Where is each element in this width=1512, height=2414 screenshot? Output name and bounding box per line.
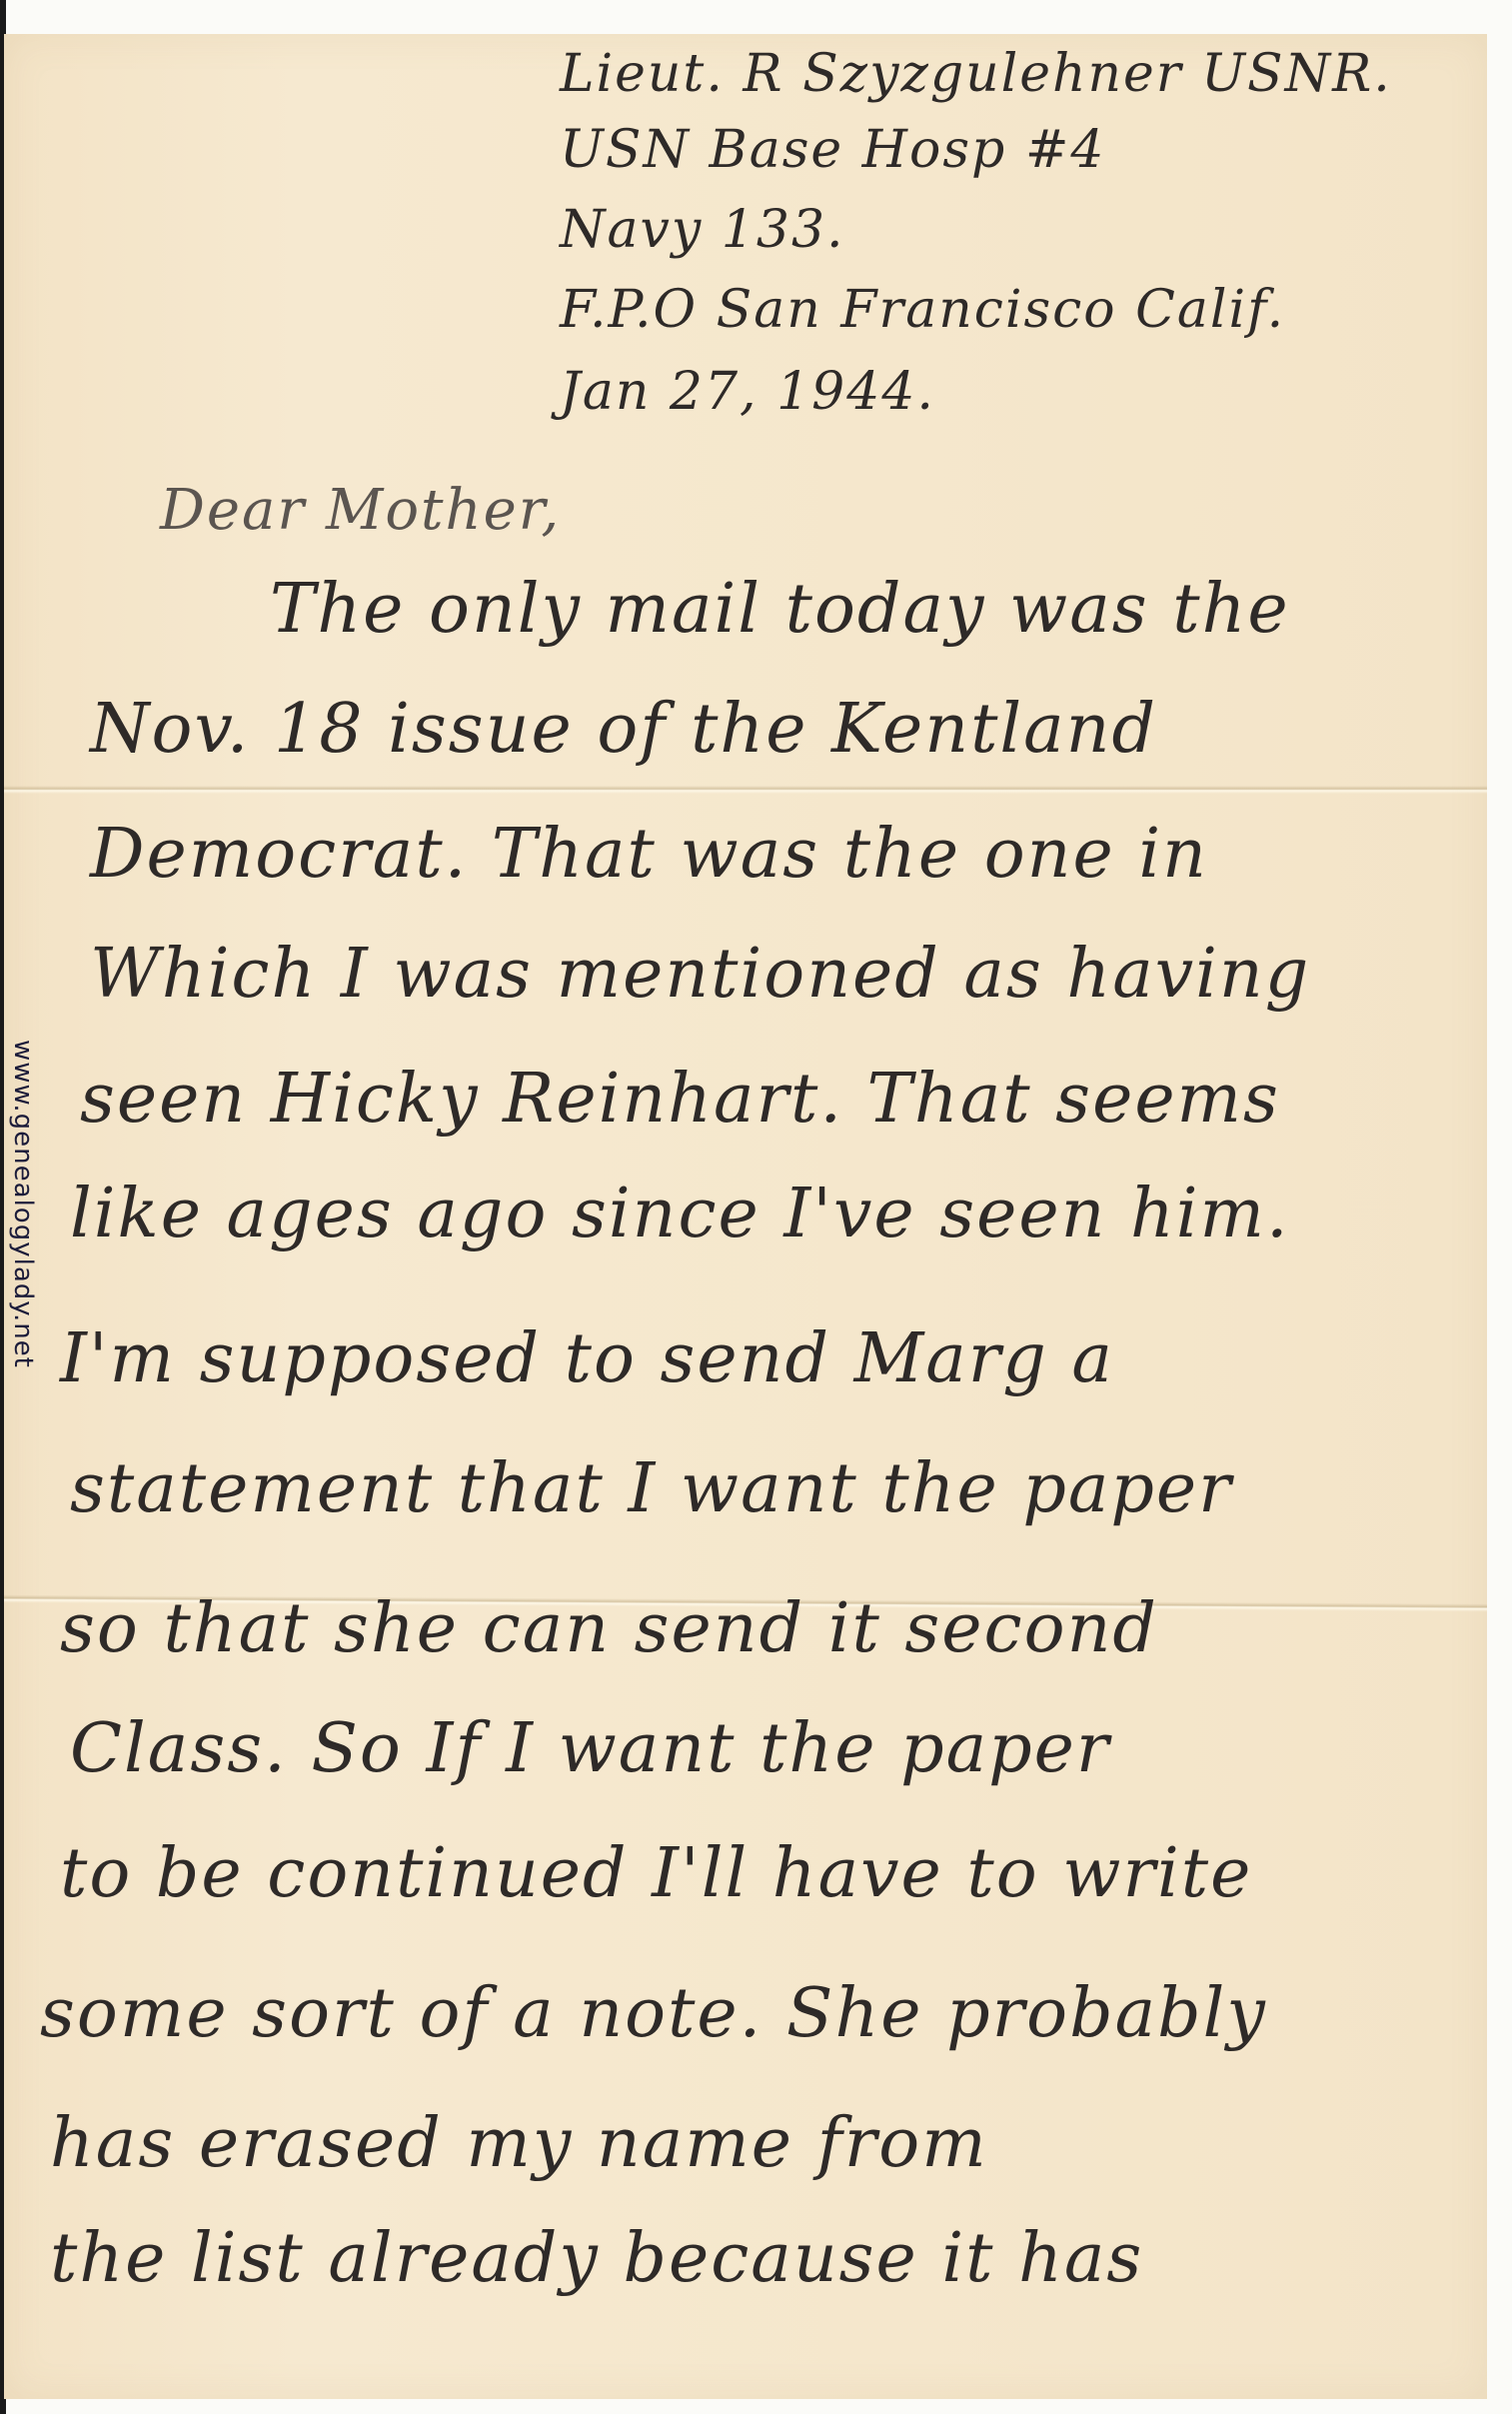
- fpo-line: F.P.O San Francisco Calif.: [560, 280, 1285, 340]
- date-line: Jan 27, 1944.: [560, 362, 935, 422]
- body-line: the list already because it has: [50, 2219, 1143, 2298]
- salutation: Dear Mother,: [160, 478, 561, 543]
- body-line: has erased my name from: [50, 2104, 988, 2183]
- body-line: Nov. 18 issue of the Kentland: [90, 690, 1157, 769]
- body-line: Which I was mentioned as having: [90, 935, 1310, 1014]
- body-line: Class. So If I want the paper: [70, 1709, 1110, 1788]
- scan-edge-bar: [0, 2399, 6, 2414]
- unit-line: USN Base Hosp #4: [560, 120, 1106, 180]
- body-line: I'm supposed to send Marg a: [60, 1319, 1114, 1398]
- body-line: Democrat. That was the one in: [90, 815, 1208, 894]
- body-line: statement that I want the paper: [70, 1449, 1233, 1528]
- watermark: www.genealogylady.net: [8, 1040, 38, 1368]
- body-line: some sort of a note. She probably: [40, 1974, 1267, 2053]
- sender-line: Lieut. R Szyzgulehner USNR.: [560, 44, 1392, 104]
- body-line: seen Hicky Reinhart. That seems: [80, 1060, 1280, 1139]
- fold-crease: [4, 786, 1487, 794]
- body-line: to be continued I'll have to write: [60, 1834, 1252, 1913]
- body-line: The only mail today was the: [270, 570, 1290, 649]
- navy-line: Navy 133.: [560, 200, 845, 260]
- body-line: like ages ago since I've seen him.: [70, 1175, 1290, 1253]
- body-line: so that she can send it second: [60, 1589, 1158, 1668]
